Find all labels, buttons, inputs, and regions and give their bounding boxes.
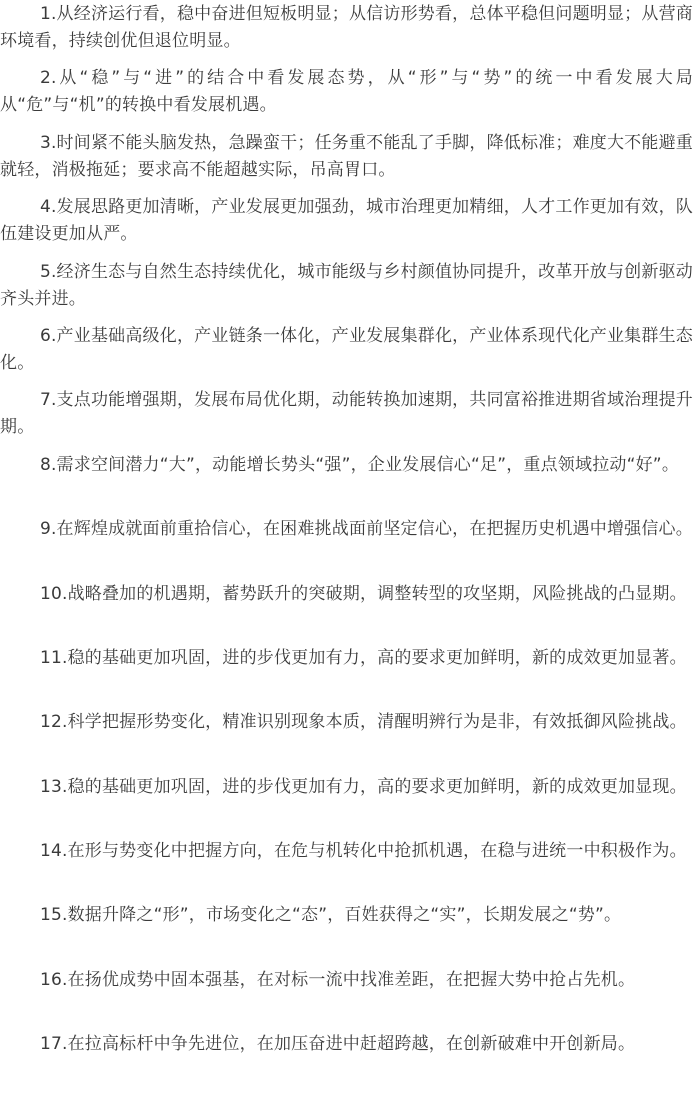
document-body: 1.从经济运行看，稳中奋进但短板明显；从信访形势看，总体平稳但问题明显；从营商环… [0, 1, 693, 1085]
paragraph-11: 11.稳的基础更加巩固，进的步伐更加有力，高的要求更加鲜明，新的成效更加显著。 [0, 645, 693, 699]
paragraph-5: 5.经济生态与自然生态持续优化，城市能级与乡村颜值协同提升，改革开放与创新驱动齐… [0, 259, 693, 313]
paragraph-9: 9.在辉煌成就面前重拾信心，在困难挑战面前坚定信心，在把握历史机遇中增强信心。 [0, 516, 693, 570]
paragraph-12: 12.科学把握形势变化，精准识别现象本质，清醒明辨行为是非，有效抵御风险挑战。 [0, 709, 693, 763]
paragraph-7: 7.支点功能增强期，发展布局优化期，动能转换加速期，共同富裕推进期省域治理提升期… [0, 387, 693, 441]
paragraph-17: 17.在拉高标杆中争先进位，在加压奋进中赶超跨越，在创新破难中开创新局。 [0, 1031, 693, 1085]
paragraph-15: 15.数据升降之“形”，市场变化之“态”，百姓获得之“实”，长期发展之“势”。 [0, 902, 693, 956]
paragraph-10: 10.战略叠加的机遇期，蓄势跃升的突破期，调整转型的攻坚期，风险挑战的凸显期。 [0, 581, 693, 635]
paragraph-3: 3.时间紧不能头脑发热，急躁蛮干；任务重不能乱了手脚，降低标准；难度大不能避重就… [0, 130, 693, 184]
paragraph-8: 8.需求空间潜力“大”，动能增长势头“强”，企业发展信心“足”，重点领域拉动“好… [0, 452, 693, 506]
paragraph-4: 4.发展思路更加清晰，产业发展更加强劲，城市治理更加精细，人才工作更加有效，队伍… [0, 194, 693, 248]
paragraph-13: 13.稳的基础更加巩固，进的步伐更加有力，高的要求更加鲜明，新的成效更加显现。 [0, 774, 693, 828]
paragraph-14: 14.在形与势变化中把握方向，在危与机转化中抢抓机遇，在稳与进统一中积极作为。 [0, 838, 693, 892]
paragraph-1: 1.从经济运行看，稳中奋进但短板明显；从信访形势看，总体平稳但问题明显；从营商环… [0, 1, 693, 55]
paragraph-2: 2.从“稳”与“进”的结合中看发展态势，从“形”与“势”的统一中看发展大局从“危… [0, 65, 693, 119]
paragraph-16: 16.在扬优成势中固本强基，在对标一流中找准差距，在把握大势中抢占先机。 [0, 967, 693, 1021]
paragraph-6: 6.产业基础高级化，产业链条一体化，产业发展集群化，产业体系现代化产业集群生态化… [0, 323, 693, 377]
